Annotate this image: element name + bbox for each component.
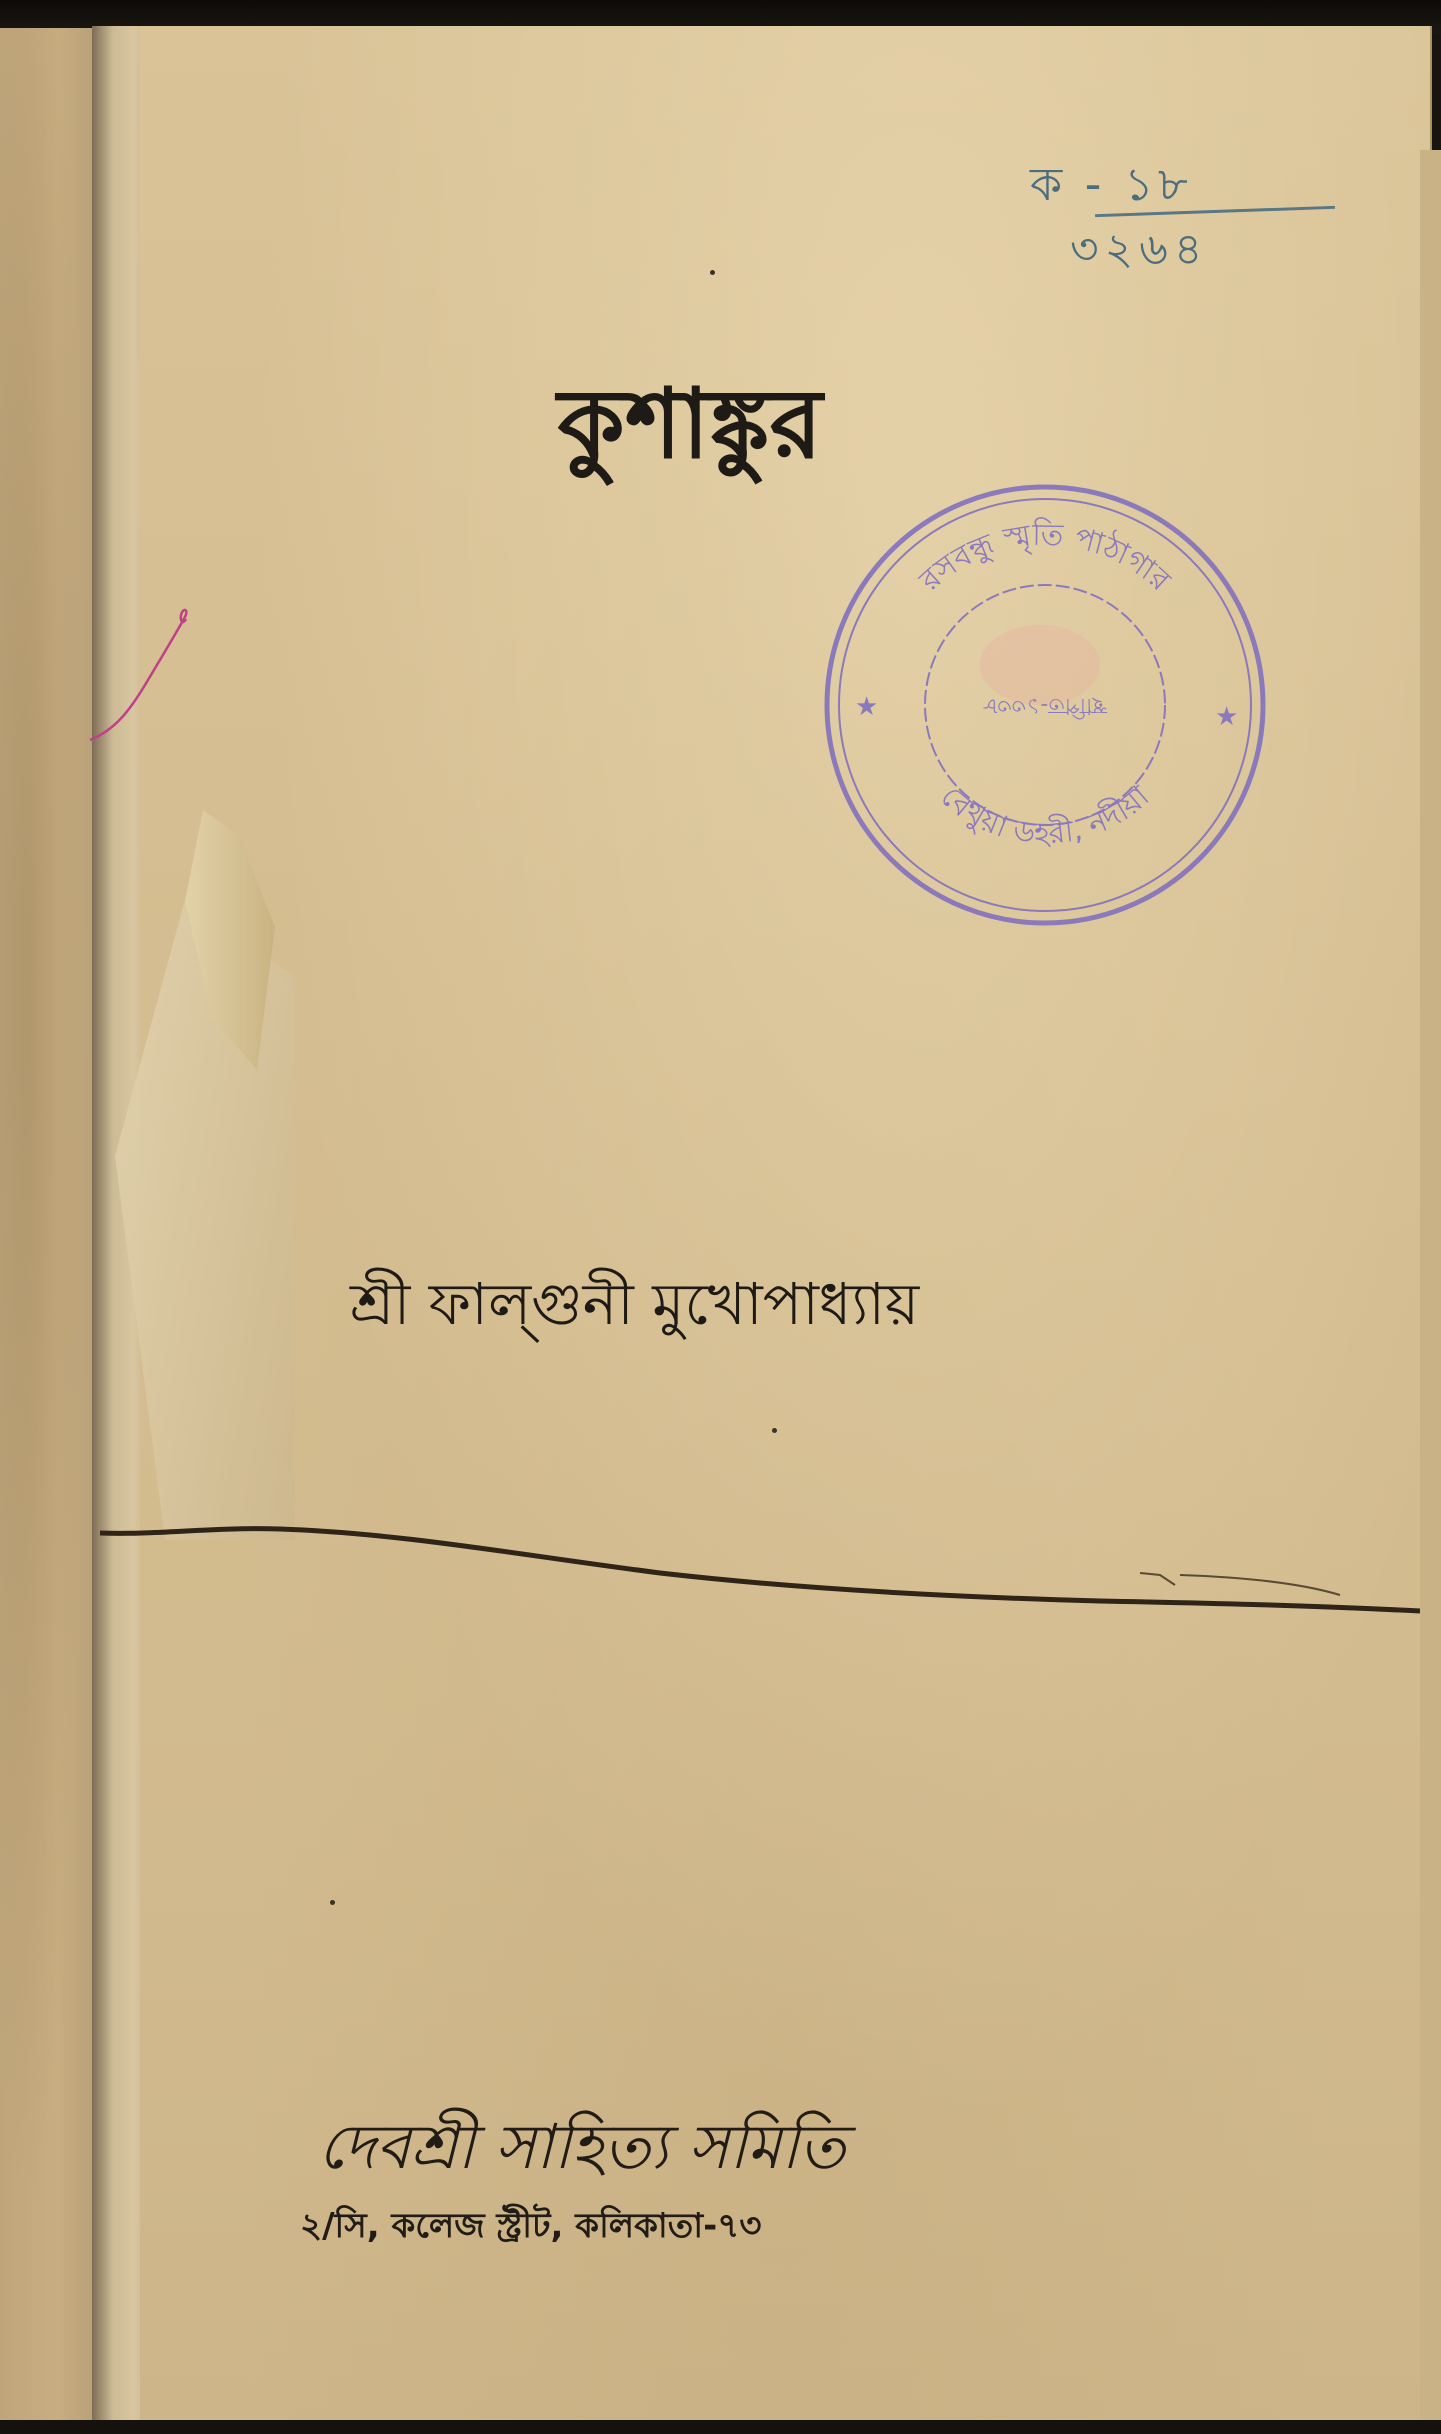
stamp-star-left-icon: ★ [855, 692, 878, 722]
horizontal-tear-crease [100, 1525, 1420, 1615]
publisher-name: দেবশ্রী সাহিত্য সমিতি [318, 2100, 1118, 2203]
stamp-top-text: রসবন্ধু স্মৃতি পাঠাগার [912, 517, 1177, 599]
library-stamp: রসবন্ধু স্মৃতি পাঠাগার বেথুয়া ডহরী, নদী… [815, 475, 1275, 935]
svg-text:বেথুয়া ডহরী, নদীয়া: বেথুয়া ডহরী, নদীয়া [934, 778, 1157, 852]
page-right-edge [1420, 150, 1441, 2434]
pink-pencil-mark [85, 605, 195, 745]
author-name: শ্রী ফাল্গুনী মুখোপাধ্যায় [350, 1260, 1050, 1357]
speck [772, 1428, 777, 1433]
svg-text:রসবন্ধু স্মৃতি পাঠাগার: রসবন্ধু স্মৃতি পাঠাগার [912, 517, 1177, 599]
speck [710, 270, 715, 275]
stamp-star-right-icon: ★ [1215, 702, 1238, 732]
stamp-bottom-text: বেথুয়া ডহরী, নদীয়া [934, 778, 1157, 852]
scanned-page: ক - ১৮ ৩২৬৪ কুশাঙ্কুর রসবন্ধু স্মৃতি পাঠ… [0, 0, 1441, 2434]
book-spine-cover [0, 28, 95, 2434]
scanner-bottom-edge [0, 2420, 1441, 2434]
publisher-address: ২/সি, কলেজ স্ট্রীট, কলিকাতা-৭৩ [300, 2200, 1120, 2257]
speck [330, 1900, 335, 1905]
accession-bottom: ৩২৬৪ [1070, 216, 1208, 289]
book-title: কুশাঙ্কুর [540, 350, 840, 511]
handwritten-accession-number: ক - ১৮ ৩২৬৪ [1030, 150, 1330, 280]
